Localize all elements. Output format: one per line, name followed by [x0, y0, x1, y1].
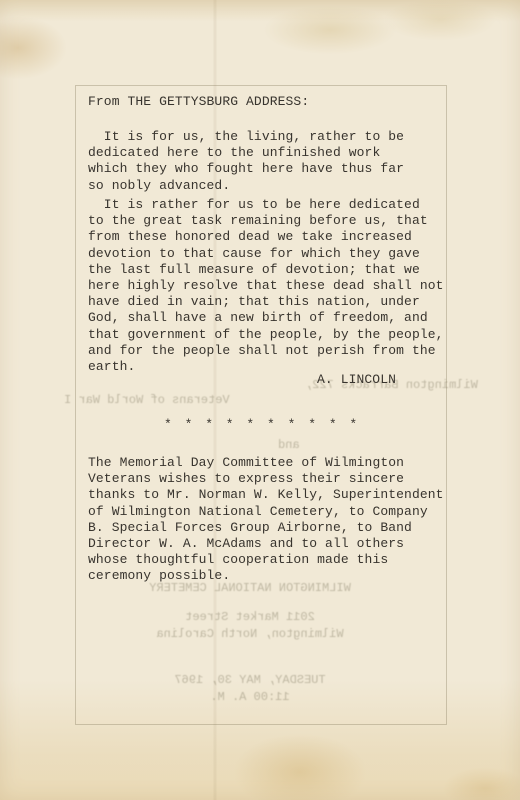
text-line: have died in vain; that this nation, und…: [88, 294, 444, 310]
text-line: so nobly advanced.: [88, 178, 404, 194]
bleed-text-time: 11:00 A. M.: [40, 690, 460, 705]
text-line: from these honored dead we take increase…: [88, 229, 444, 245]
bleed-text-street: 2011 Market Street: [40, 610, 460, 625]
text-line: which they who fought here have thus far: [88, 161, 404, 177]
text-line: here highly resolve that these dead shal…: [88, 278, 444, 294]
bleed-text-veterans: Veterans of World War I: [64, 393, 230, 408]
text-line: The Memorial Day Committee of Wilmington: [88, 455, 444, 471]
text-line: God, shall have a new birth of freedom, …: [88, 310, 444, 326]
text-line: whose thoughtful cooperation made this: [88, 552, 444, 568]
document-heading: From THE GETTYSBURG ADDRESS:: [88, 94, 309, 110]
text-line: It is rather for us to be here dedicated: [88, 197, 444, 213]
text-line: Veterans wishes to express their sincere: [88, 471, 444, 487]
text-line: thanks to Mr. Norman W. Kelly, Superinte…: [88, 487, 444, 503]
quote-paragraph-1: It is for us, the living, rather to be d…: [88, 129, 404, 194]
bleed-text-date: TUESDAY, MAY 30, 1967: [40, 673, 460, 688]
text-line: dedicated here to the unfinished work: [88, 145, 404, 161]
text-line: ceremony possible.: [88, 568, 444, 584]
text-line: that government of the people, by the pe…: [88, 327, 444, 343]
text-line: Director W. A. McAdams and to all others: [88, 536, 444, 552]
text-line: It is for us, the living, rather to be: [88, 129, 404, 145]
text-line: to the great task remaining before us, t…: [88, 213, 444, 229]
text-line: B. Special Forces Group Airborne, to Ban…: [88, 520, 444, 536]
text-line: devotion to that cause for which they ga…: [88, 246, 444, 262]
thanks-paragraph: The Memorial Day Committee of Wilmington…: [88, 455, 444, 585]
text-line: the last full measure of devotion; that …: [88, 262, 444, 278]
asterisk-separator: * * * * * * * * * *: [164, 417, 360, 433]
bleed-text-city: Wilmington, North Carolina: [40, 627, 460, 642]
scanned-program-page: Wilmington Barracks 722, Veterans of Wor…: [0, 0, 520, 800]
text-line: of Wilmington National Cemetery, to Comp…: [88, 504, 444, 520]
text-line: and for the people shall not perish from…: [88, 343, 444, 359]
quote-paragraph-2: It is rather for us to be here dedicated…: [88, 197, 444, 375]
bleed-text-and: and: [278, 438, 300, 453]
attribution-signature: A. LINCOLN: [317, 372, 396, 388]
